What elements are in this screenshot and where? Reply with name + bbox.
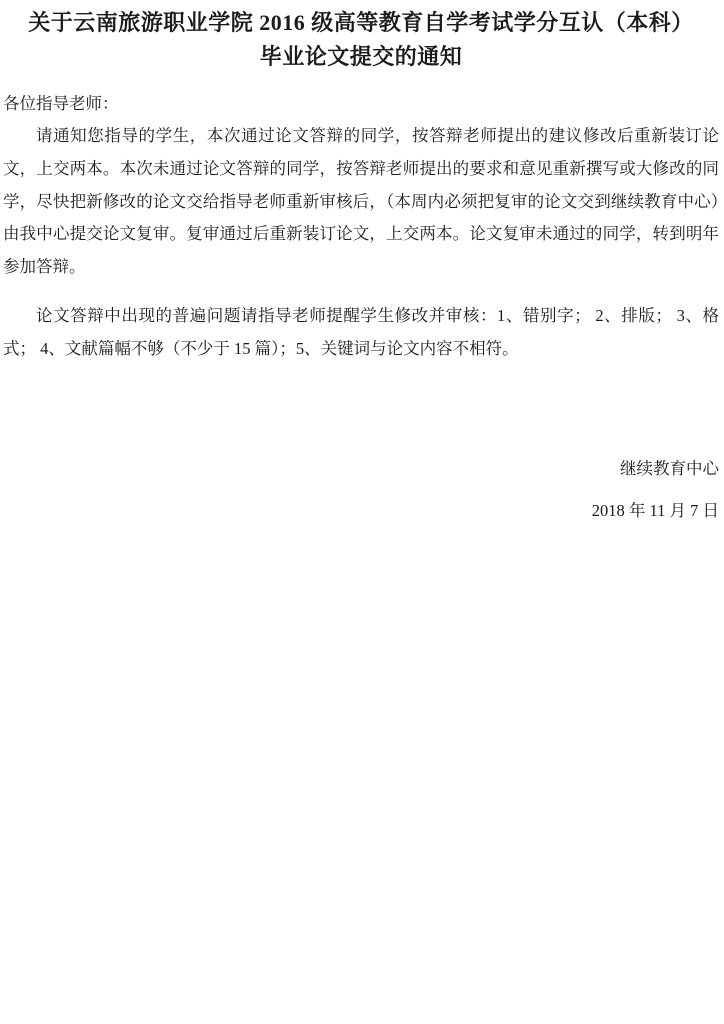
- notice-title-line-2: 毕业论文提交的通知: [3, 40, 719, 74]
- signature-date: 2018 年 11 月 7 日: [3, 494, 719, 527]
- document-page: 关于云南旅游职业学院 2016 级高等教育自学考试学分互认（本科） 毕业论文提交…: [0, 0, 724, 1024]
- notice-paragraph-1: 请通知您指导的学生，本次通过论文答辩的同学，按答辩老师提出的建议修改后重新装订论…: [3, 120, 719, 284]
- signature-block: 继续教育中心 2018 年 11 月 7 日: [3, 452, 719, 527]
- notice-paragraph-2: 论文答辩中出现的普遍问题请指导老师提醒学生修改并审核：1、错别字； 2、排版； …: [3, 300, 719, 366]
- greeting-line: 各位指导老师：: [3, 87, 719, 120]
- signature-organization: 继续教育中心: [3, 452, 719, 485]
- notice-title: 关于云南旅游职业学院 2016 级高等教育自学考试学分互认（本科） 毕业论文提交…: [3, 6, 719, 74]
- notice-title-line-1: 关于云南旅游职业学院 2016 级高等教育自学考试学分互认（本科）: [3, 6, 719, 40]
